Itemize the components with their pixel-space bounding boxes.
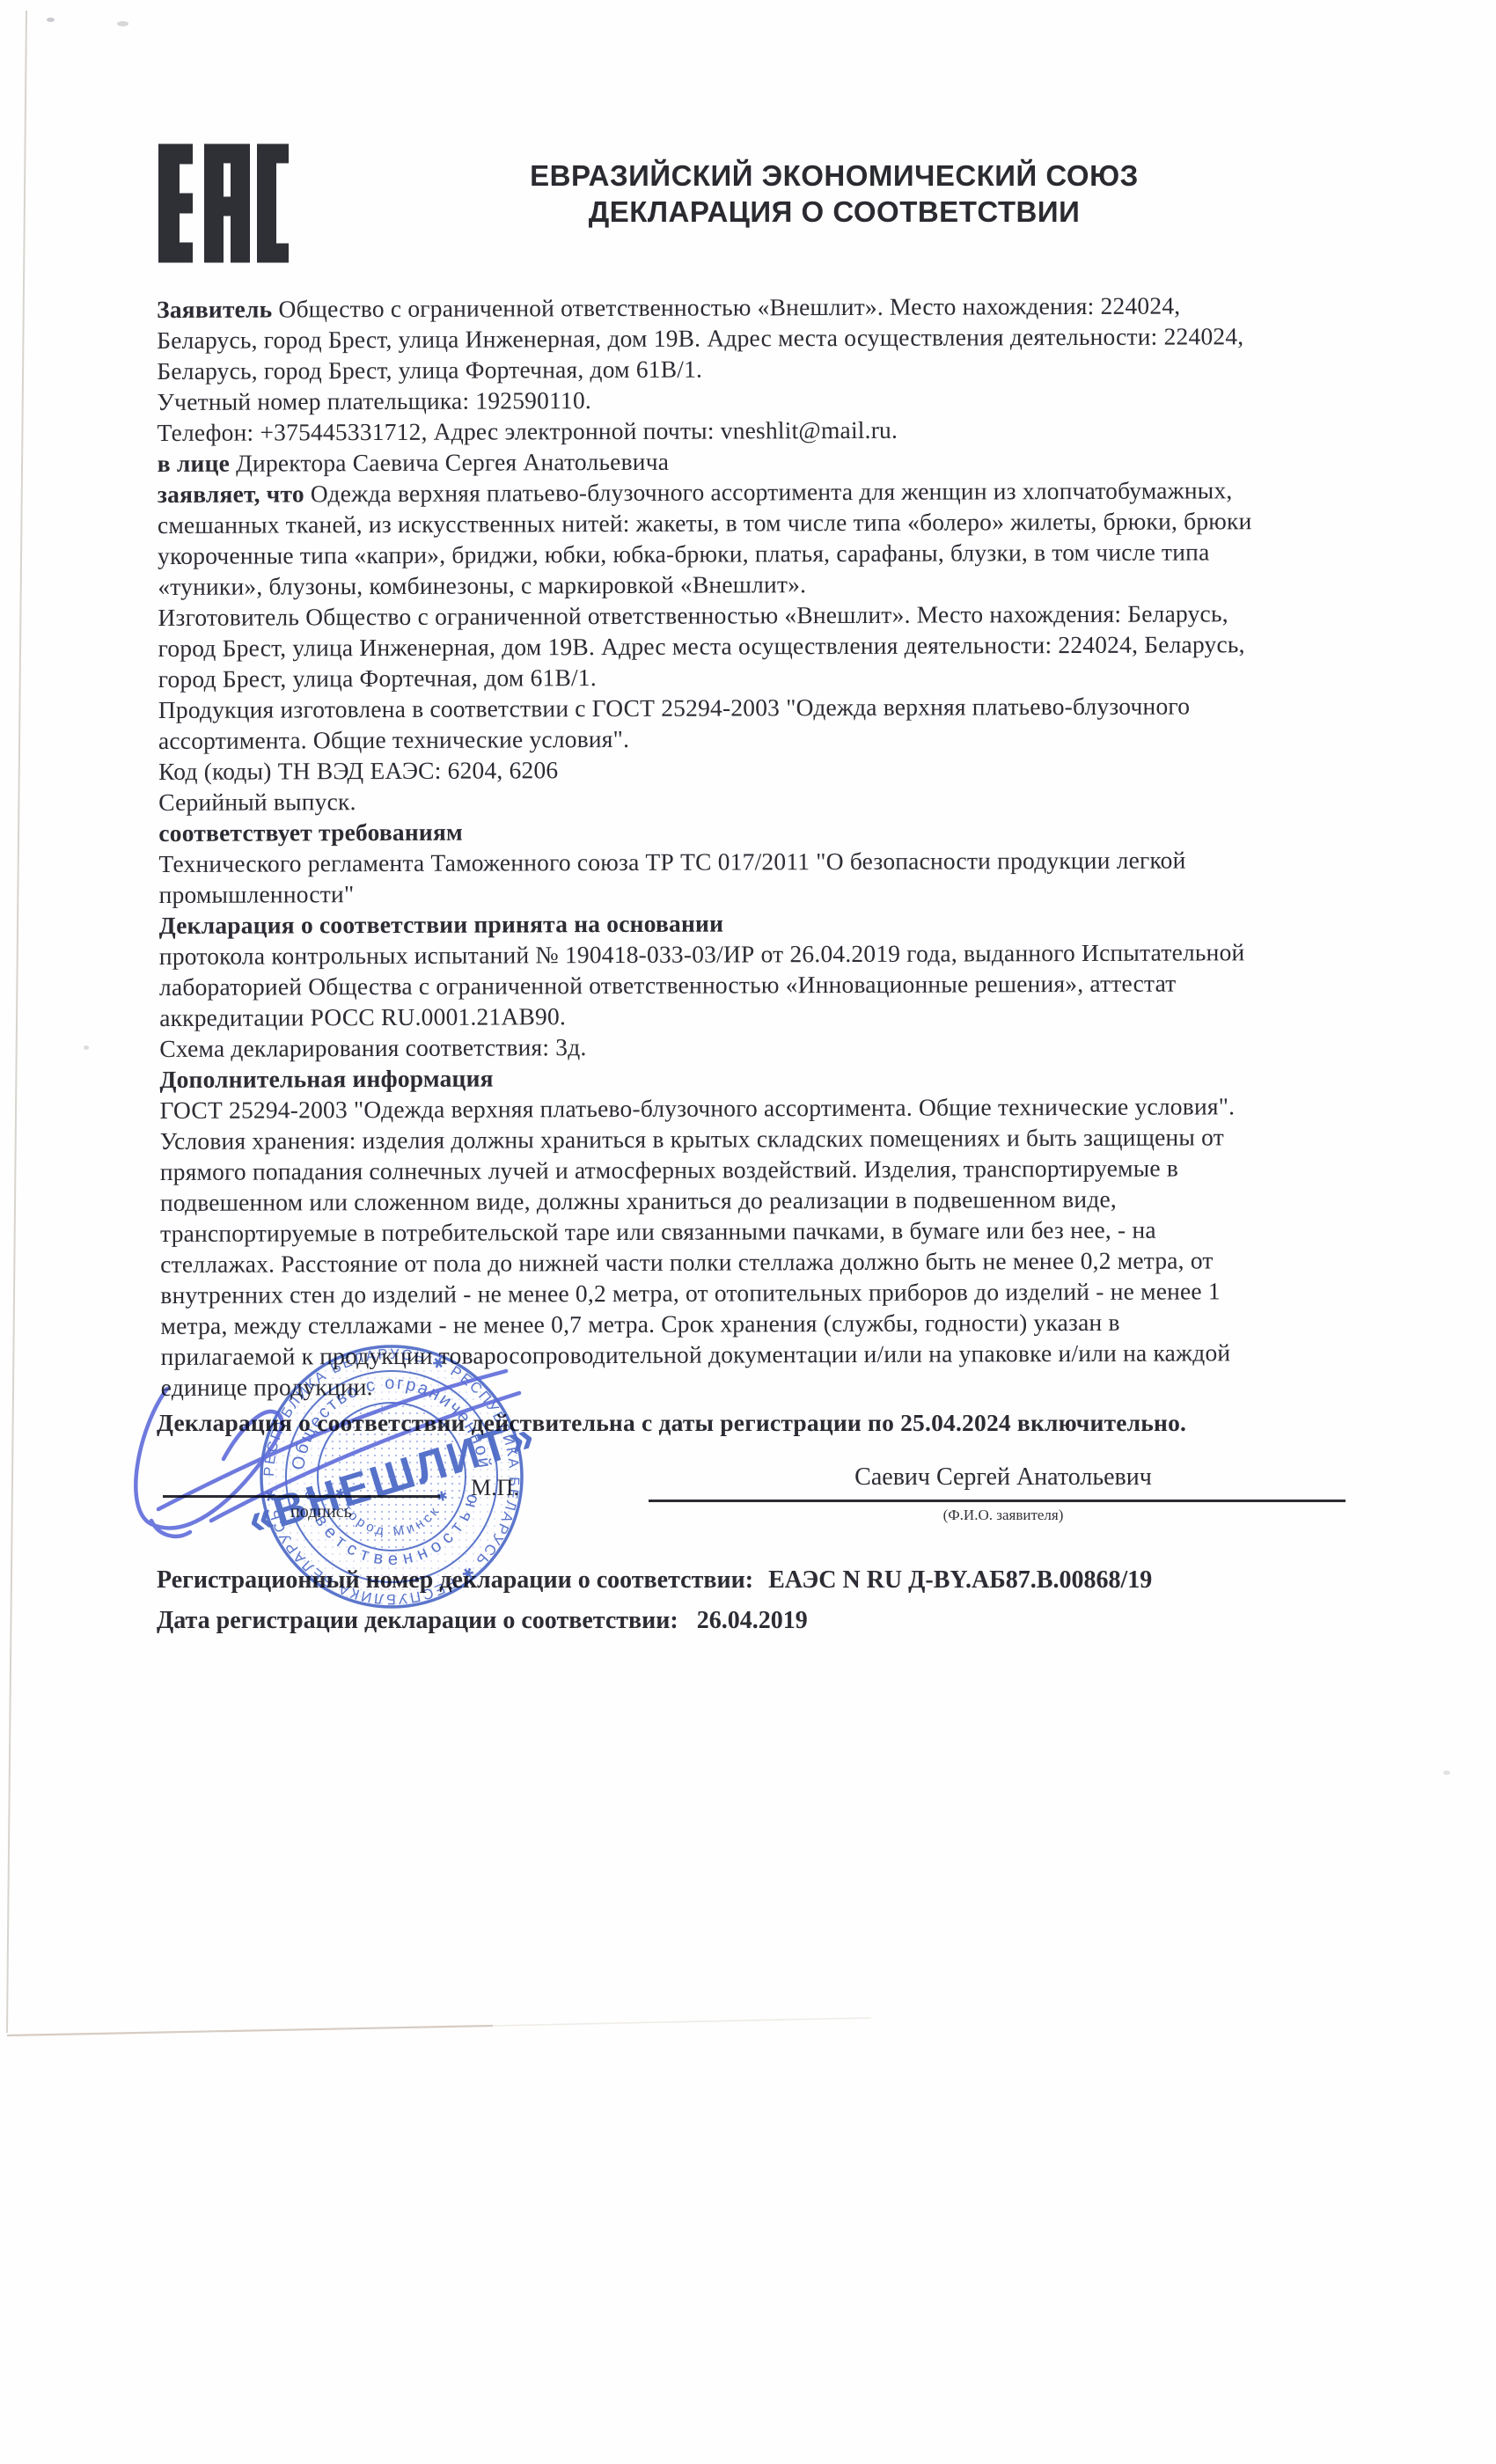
text-segment: аккредитации РОСС RU.0001.21АВ90. (159, 1002, 566, 1031)
body-line: город Брест, улица Инженерная, дом 19В. … (158, 628, 1407, 664)
text-segment: соответствует требованиям (158, 818, 463, 847)
body-line: Беларусь, город Брест, улица Инженерная,… (157, 320, 1406, 356)
applicant-name: Саевич Сергей Анатольевич (766, 1463, 1241, 1492)
scan-speck (117, 21, 128, 26)
text-segment: Учетный номер плательщика: 192590110. (157, 386, 591, 415)
text-segment: Технического регламента Таможенного союз… (158, 847, 1185, 877)
document-title-line1: ЕВРАЗИЙСКИЙ ЭКОНОМИЧЕСКИЙ СОЮЗ (350, 159, 1318, 193)
text-segment: прямого попадания солнечных лучей и атмо… (160, 1155, 1178, 1185)
document-body-text: Заявитель Общество с ограниченной ответс… (157, 290, 1411, 1403)
scan-speck (84, 1045, 89, 1050)
text-segment: город Брест, улица Инженерная, дом 19В. … (158, 630, 1244, 662)
body-line: заявляет, что Одежда верхняя платьево-бл… (158, 474, 1407, 510)
body-line: город Брест, улица Фортечная, дом 61В/1. (158, 659, 1408, 694)
body-line: Схема декларирования соответствия: 3д. (159, 1029, 1409, 1064)
text-segment: Беларусь, город Брест, улица Инженерная,… (157, 322, 1243, 354)
body-line: ГОСТ 25294-2003 "Одежда верхняя платьево… (159, 1090, 1409, 1126)
body-line: Технического регламента Таможенного союз… (158, 844, 1408, 879)
applicant-name-line (649, 1500, 1346, 1502)
text-segment: промышленности" (159, 880, 355, 908)
body-line: стеллажах. Расстояние от пола до нижней … (160, 1244, 1410, 1280)
body-line: Заявитель Общество с ограниченной ответс… (157, 290, 1406, 325)
scan-speck (1443, 1771, 1450, 1775)
text-segment: заявляет, что (158, 480, 304, 508)
text-segment: подвешенном или сложенном виде, должны х… (160, 1185, 1117, 1216)
text-segment: город Брест, улица Фортечная, дом 61В/1. (158, 664, 597, 693)
text-segment: Заявитель (157, 295, 272, 323)
body-line: лабораторией Общества с ограниченной отв… (159, 967, 1409, 1002)
body-line: Серийный выпуск. (158, 782, 1408, 818)
text-segment: Код (коды) ТН ВЭД ЕАЭС: 6204, 6206 (158, 756, 558, 785)
text-segment: в лице (158, 450, 230, 477)
text-segment: смешанных тканей, из искусственных нитей… (158, 507, 1252, 539)
registration-date-value: 26.04.2019 (697, 1607, 808, 1634)
text-segment: Серийный выпуск. (158, 788, 356, 816)
text-segment: ГОСТ 25294-2003 "Одежда верхняя платьево… (160, 1092, 1236, 1124)
registration-number-value: ЕАЭС N RU Д-BY.АБ87.В.00868/19 (768, 1566, 1152, 1594)
body-line: Учетный номер плательщика: 192590110. (157, 382, 1406, 417)
body-line: Беларусь, город Брест, улица Фортечная, … (157, 351, 1406, 386)
text-segment: Изготовитель Общество с ограниченной отв… (158, 599, 1228, 631)
document-title-line2: ДЕКЛАРАЦИЯ О СООТВЕТСТВИИ (350, 195, 1318, 229)
body-line: аккредитации РОСС RU.0001.21АВ90. (159, 998, 1409, 1033)
body-line: «туники», блузоны, комбинезоны, с маркир… (158, 567, 1407, 602)
body-line: промышленности" (159, 875, 1409, 910)
text-segment: Директора Саевича Сергея Анатольевича (230, 448, 669, 477)
text-segment: Беларусь, город Брест, улица Фортечная, … (157, 356, 702, 385)
text-segment: укороченные типа «капри», бриджи, юбки, … (158, 538, 1209, 569)
body-line: Код (коды) ТН ВЭД ЕАЭС: 6204, 6206 (158, 752, 1408, 787)
body-line: Условия хранения: изделия должны хранить… (160, 1121, 1410, 1156)
text-segment: внутренних стен до изделий - не менее 0,… (160, 1277, 1221, 1309)
body-line: Телефон: +375445331712, Адрес электронно… (158, 413, 1407, 448)
text-segment: лабораторией Общества с ограниченной отв… (159, 970, 1177, 1001)
text-segment: Общество с ограниченной ответственностью… (272, 292, 1180, 323)
body-line: транспортируемые в потребительской таре … (160, 1214, 1410, 1249)
body-line: внутренних стен до изделий - не менее 0,… (160, 1275, 1410, 1310)
body-line: Продукция изготовлена в соответствии с Г… (158, 690, 1408, 725)
text-segment: «туники», блузоны, комбинезоны, с маркир… (158, 570, 806, 600)
text-segment: транспортируемые в потребительской таре … (160, 1216, 1156, 1247)
text-segment: Дополнительная информация (159, 1065, 493, 1093)
text-segment: Условия хранения: изделия должны хранить… (160, 1123, 1224, 1155)
text-segment: Декларация о соответствии принята на осн… (159, 910, 723, 939)
text-segment: Продукция изготовлена в соответствии с Г… (158, 692, 1190, 723)
document-page: ЕВРАЗИЙСКИЙ ЭКОНОМИЧЕСКИЙ СОЮЗ ДЕКЛАРАЦИ… (0, 0, 1496, 2464)
body-line: Декларация о соответствии принята на осн… (159, 906, 1409, 941)
body-line: Изготовитель Общество с ограниченной отв… (158, 598, 1407, 633)
body-line: подвешенном или сложенном виде, должны х… (160, 1183, 1410, 1218)
body-line: в лице Директора Саевича Сергея Анатолье… (158, 444, 1407, 479)
body-line: протокола контрольных испытаний № 190418… (159, 936, 1409, 972)
body-line: смешанных тканей, из искусственных нитей… (158, 505, 1407, 540)
body-line: Дополнительная информация (159, 1060, 1409, 1095)
text-segment: ассортимента. Общие технические условия"… (158, 725, 629, 754)
applicant-name-caption: (Ф.И.О. заявителя) (766, 1507, 1241, 1524)
text-segment: Схема декларирования соответствия: 3д. (159, 1033, 586, 1062)
body-line: укороченные типа «капри», бриджи, юбки, … (158, 536, 1407, 571)
body-line: ассортимента. Общие технические условия"… (158, 721, 1408, 756)
text-segment: Одежда верхняя платьево-блузочного ассор… (304, 476, 1233, 507)
text-segment: протокола контрольных испытаний № 190418… (159, 938, 1245, 970)
body-line: соответствует требованиям (158, 813, 1408, 848)
eac-logo (158, 143, 289, 263)
text-segment: Телефон: +375445331712, Адрес электронно… (158, 416, 898, 446)
text-segment: стеллажах. Расстояние от пола до нижней … (160, 1246, 1213, 1278)
company-stamp: РЕСПУБЛИКА БЕЛАРУСЬ ✱ РЕСПУБЛИКА БЕЛАРУС… (106, 1320, 634, 1672)
scan-speck (47, 18, 55, 22)
body-line: прямого попадания солнечных лучей и атмо… (160, 1152, 1410, 1187)
